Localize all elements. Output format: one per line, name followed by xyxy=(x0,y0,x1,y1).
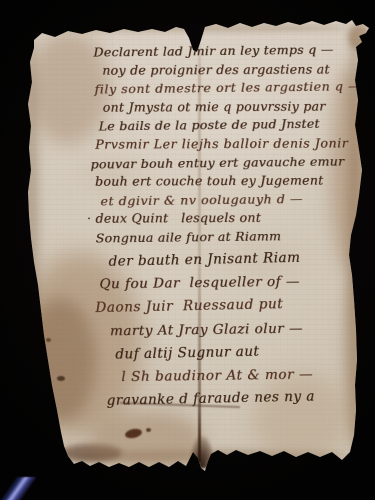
manuscript-line: Daons Juir Ruessaud put xyxy=(85,293,313,321)
blue-reflection-glare xyxy=(0,477,36,500)
handwritten-text-upper: Declarent lad Jmir an ley temps q — noy … xyxy=(85,40,363,248)
ink-speck xyxy=(146,428,151,432)
water-stain-bottom-center xyxy=(92,412,204,470)
manuscript-line: Declarent lad Jmir an ley temps q — xyxy=(85,40,361,62)
manuscript-line: noy de proignier des argastiens at xyxy=(85,60,361,80)
manuscript-line: fily sont dmestre ort les argastien q — xyxy=(85,78,361,100)
edge-shadow-top xyxy=(40,24,348,32)
manuscript-line: ont Jmysta ot mie q pouvrssiy par xyxy=(85,97,361,117)
fold-tear-bottom-notch xyxy=(190,436,214,468)
manuscript-line: bouh ert couche touh ey Jugement xyxy=(86,171,362,191)
manuscript-paper: Declarent lad Jmir an ley temps q — noy … xyxy=(0,0,375,500)
dirt-speck xyxy=(57,376,65,381)
manuscript-line: Le bails de la poste de pud Jnstet xyxy=(86,115,362,137)
manuscript-line: marty At Jray Glazi olur — xyxy=(86,317,314,343)
manuscript-line: Prvsmir Ler liejhs balloir denis Jonir xyxy=(86,134,362,154)
manuscript-photo: Declarent lad Jmir an ley temps q — noy … xyxy=(0,0,375,500)
dirt-speck xyxy=(46,338,51,342)
handwritten-text-lower: der bauth en Jnisant Riam Qu fou Dar les… xyxy=(84,247,315,414)
manuscript-line: Qu fou Dar lesqueller of — xyxy=(85,271,313,297)
manuscript-line: gravanke d faraude nes ny a xyxy=(87,386,315,414)
manuscript-line: l Sh baudinor At & mor — xyxy=(87,363,315,389)
manuscript-line: · deux Quint lesquels ont xyxy=(87,209,363,229)
manuscript-line: Songnua aile fuor at Riamm xyxy=(87,226,363,248)
